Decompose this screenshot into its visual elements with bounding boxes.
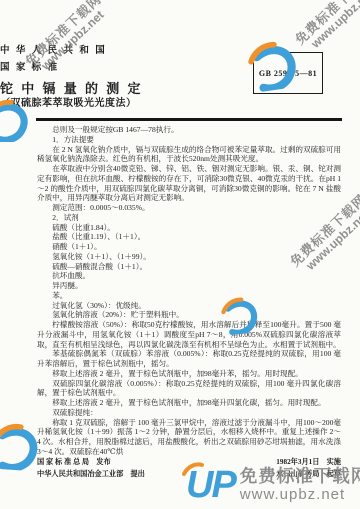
body-paragraph: 双硫腙四氯化碳溶液（0.005%）：称取0.25克经提纯的双硫腙，用100 毫升…	[37, 379, 341, 399]
header-divider	[36, 118, 342, 121]
body-paragraph: 过氧化氢（30%）：优级纯。	[37, 301, 341, 311]
up-logo-accent-icon	[182, 462, 204, 478]
body-paragraph: 硫酸（比重1.84）。	[37, 223, 341, 233]
body-paragraph: 硝酸（1＋1）。	[37, 242, 341, 252]
watermark-site-url: www.upbz.net	[240, 486, 360, 503]
body-paragraph: 1．方法提要	[37, 135, 341, 145]
body-paragraph: 氢氧化铵（1＋1）、（1＋99）。	[37, 252, 341, 262]
body-paragraph: 在萃取液中分别含40微克铅、锑、锌、铝、铁、铟对测定无影响。银、汞、铜、铊对测定…	[37, 164, 341, 203]
body-paragraph: 移取上述溶液 2 毫升，置于棕色试剂瓶中，加98毫升四氯化碳，摇匀。用时现配。	[37, 398, 341, 408]
footer-drafted-by: 水口山矿务局 起草	[276, 468, 341, 480]
page-subtitle: （双硫腙苯萃取吸光光度法）	[0, 94, 360, 109]
body-paragraph: 称取 1 克双硫腙，溶解于 100 毫升三氯甲烷中，溶液过滤于分液漏斗中，用10…	[37, 418, 341, 457]
body-paragraph: 硫酸—硝酸混合酸（1＋1）。	[37, 262, 341, 272]
body-paragraph: 总则及一般规定按GB 1467—78执行。	[37, 125, 341, 135]
standard-number-box: GB 2592·5—81	[253, 52, 323, 94]
up-logo: UP	[186, 463, 235, 507]
body-paragraph: 双硫腙提纯：	[37, 408, 341, 418]
body-paragraph: 在 2 N 氢氧化钠介质中，镉与双硫腙生成的络合物可被苯定量萃取。过剩的双硫腙可…	[37, 145, 341, 165]
body-paragraph: 柠檬酸铵溶液（50%）：称取50克柠檬酸铵，用水溶解后并稀释至100毫升。置于5…	[37, 320, 341, 349]
body-paragraph: 盐酸（比重1.19）、（1＋1）。	[37, 232, 341, 242]
standard-number: GB 2592·5—81	[259, 69, 317, 78]
scanned-standard-page: 中 华 人 民 共 和 国 国 家 标 准 铊 中 镉 量 的 测 定 （双硫腙…	[0, 0, 360, 509]
body-paragraph: 苯基硫腙偶氮苯（双硫腙）苯溶液（0.005%）：称取0.25克经提纯的双硫腙，用…	[37, 349, 341, 369]
body-paragraph: 抗坏血酸。	[37, 271, 341, 281]
body-paragraph: 氢氧化钠溶液（20%）：贮于塑料瓶中。	[37, 310, 341, 320]
body-paragraph: 移取上述溶液 2 毫升，置于棕色试剂瓶中，加98毫升苯，摇匀。用时现配。	[37, 369, 341, 379]
document-body: 总则及一般规定按GB 1467—78执行。1．方法提要在 2 N 氢氧化钠介质中…	[37, 125, 341, 457]
body-paragraph: 测定范围：0.0005～0.035%。	[37, 203, 341, 213]
body-paragraph: 2．试剂	[37, 213, 341, 223]
footer-issued-by: 国 家 标 准 总 局 发布	[37, 456, 145, 468]
footer-proposed-by: 中华人民共和国冶金工业部 提出	[37, 468, 145, 480]
footer-implement-date: 1982年3月1日 实施	[276, 456, 341, 468]
body-paragraph: 异丙醚。	[37, 281, 341, 291]
body-paragraph: 苯。	[37, 291, 341, 301]
